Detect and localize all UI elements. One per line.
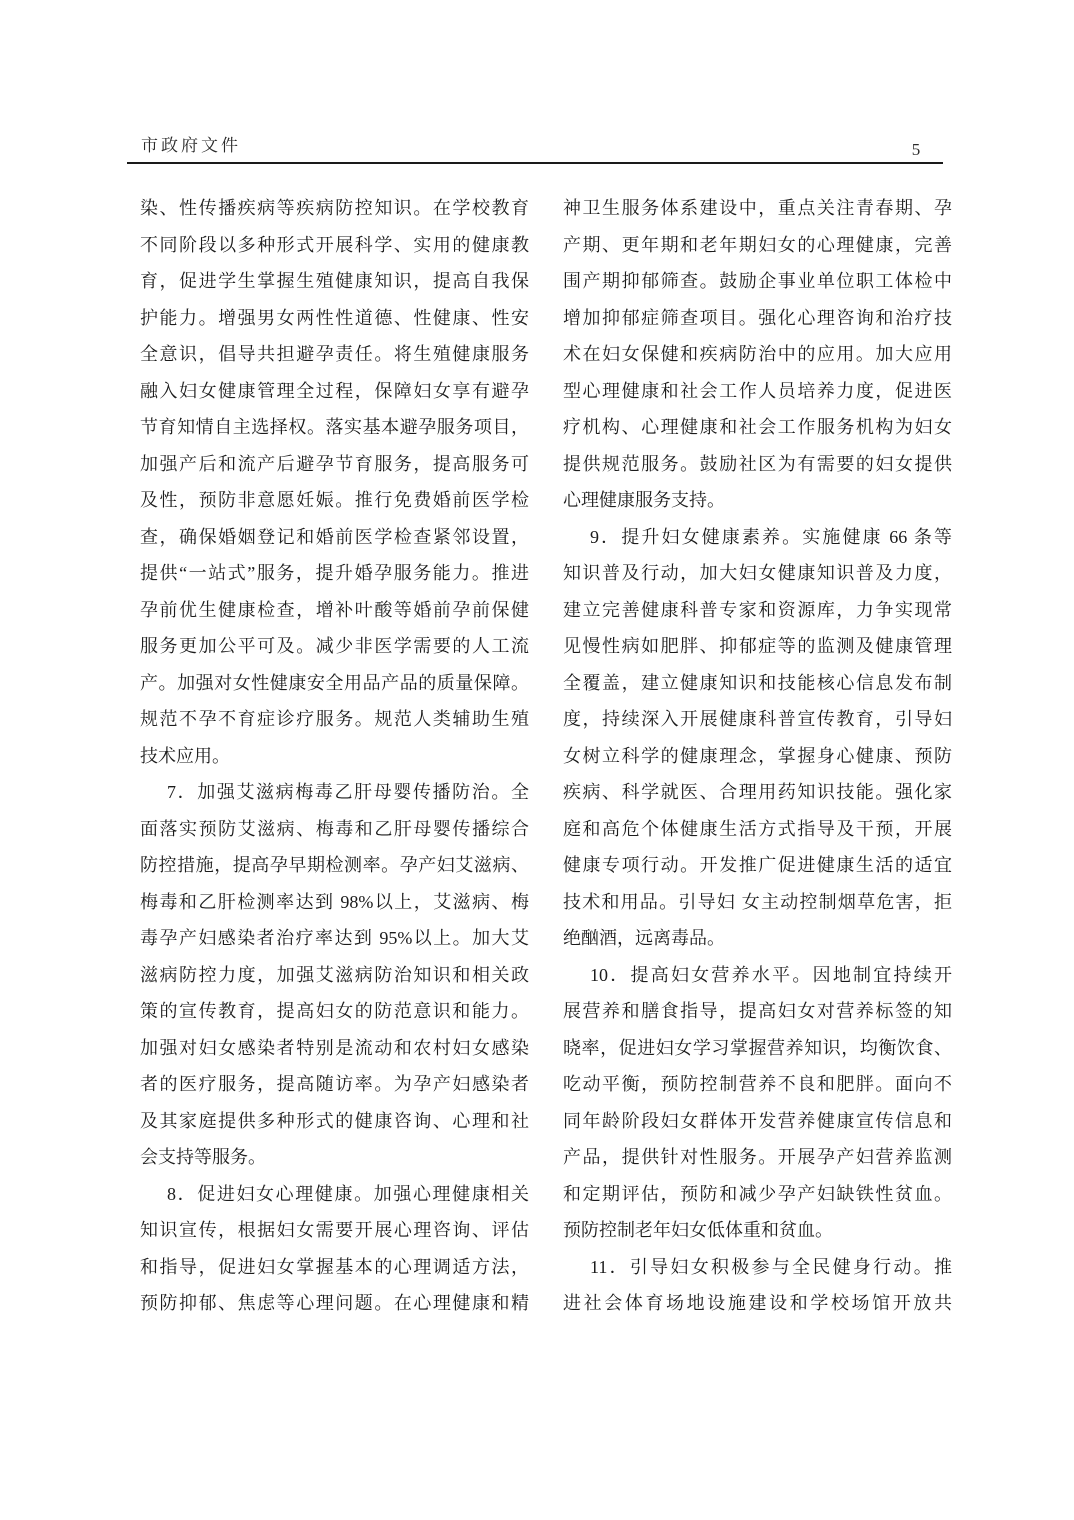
text-line: 展营养和膳食指导，提高妇女对营养标签的知: [563, 993, 952, 1030]
text-line: 女树立科学的健康理念，掌握身心健康、预防: [563, 738, 952, 775]
text-line: 产品，提供针对性服务。开展孕产妇营养监测: [563, 1139, 952, 1176]
text-line: 产期、更年期和老年期妇女的心理健康，完善: [563, 227, 952, 264]
text-line: 术在妇女保健和疾病防治中的应用。加大应用: [563, 336, 952, 373]
text-line: 庭和高危个体健康生活方式指导及干预，开展: [563, 811, 952, 848]
document-body: 染、性传播疾病等疾病防控知识。在学校教育不同阶段以多种形式开展科学、实用的健康教…: [140, 190, 952, 1322]
text-line: 知识宣传，根据妇女需要开展心理咨询、评估: [140, 1212, 529, 1249]
text-column-left: 染、性传播疾病等疾病防控知识。在学校教育不同阶段以多种形式开展科学、实用的健康教…: [140, 190, 529, 1322]
text-line: 滋病防控力度，加强艾滋病防治知识和相关政: [140, 957, 529, 994]
text-line: 加强对妇女感染者特别是流动和农村妇女感染: [140, 1030, 529, 1067]
text-line: 育，促进学生掌握生殖健康知识，提高自我保: [140, 263, 529, 300]
text-line: 产。加强对女性健康安全用品产品的质量保障。: [140, 665, 529, 702]
page-number: 5: [903, 140, 929, 160]
text-line: 知识普及行动，加大妇女健康知识普及力度，: [563, 555, 952, 592]
text-line: 11．引导妇女积极参与全民健身行动。推: [563, 1249, 952, 1286]
text-line: 面落实预防艾滋病、梅毒和乙肝母婴传播综合: [140, 811, 529, 848]
text-line: 不同阶段以多种形式开展科学、实用的健康教: [140, 227, 529, 264]
document-page: 市政府文件 5 染、性传播疾病等疾病防控知识。在学校教育不同阶段以多种形式开展科…: [0, 0, 1074, 1520]
text-line: 绝酗酒，远离毒品。: [563, 920, 952, 957]
text-line: 围产期抑郁筛查。鼓励企事业单位职工体检中: [563, 263, 952, 300]
text-line: 提供“一站式”服务，提升婚孕服务能力。推进: [140, 555, 529, 592]
text-line: 晓率，促进妇女学习掌握营养知识，均衡饮食、: [563, 1030, 952, 1067]
text-line: 预防抑郁、焦虑等心理问题。在心理健康和精: [140, 1285, 529, 1322]
text-line: 防控措施，提高孕早期检测率。孕产妇艾滋病、: [140, 847, 529, 884]
text-column-right: 神卫生服务体系建设中，重点关注青春期、孕产期、更年期和老年期妇女的心理健康，完善…: [563, 190, 952, 1322]
text-line: 心理健康服务支持。: [563, 482, 952, 519]
text-line: 疾病、科学就医、合理用药知识技能。强化家: [563, 774, 952, 811]
text-line: 护能力。增强男女两性性道德、性健康、性安: [140, 300, 529, 337]
text-line: 吃动平衡，预防控制营养不良和肥胖。面向不: [563, 1066, 952, 1103]
text-line: 全覆盖，建立健康知识和技能核心信息发布制: [563, 665, 952, 702]
text-line: 同年龄阶段妇女群体开发营养健康宣传信息和: [563, 1103, 952, 1140]
text-line: 全意识，倡导共担避孕责任。将生殖健康服务: [140, 336, 529, 373]
text-line: 型心理健康和社会工作人员培养力度，促进医: [563, 373, 952, 410]
text-line: 健康专项行动。开发推广促进健康生活的适宜: [563, 847, 952, 884]
text-line: 梅毒和乙肝检测率达到 98%以上，艾滋病、梅: [140, 884, 529, 921]
text-line: 10．提高妇女营养水平。因地制宜持续开: [563, 957, 952, 994]
text-line: 查，确保婚姻登记和婚前医学检查紧邻设置，: [140, 519, 529, 556]
text-line: 规范不孕不育症诊疗服务。规范人类辅助生殖: [140, 701, 529, 738]
text-line: 见慢性病如肥胖、抑郁症等的监测及健康管理: [563, 628, 952, 665]
text-line: 毒孕产妇感染者治疗率达到 95%以上。加大艾: [140, 920, 529, 957]
text-line: 技术和用品。引导妇 女主动控制烟草危害，拒: [563, 884, 952, 921]
text-line: 融入妇女健康管理全过程，保障妇女享有避孕: [140, 373, 529, 410]
text-line: 7．加强艾滋病梅毒乙肝母婴传播防治。全: [140, 774, 529, 811]
text-line: 孕前优生健康检查，增补叶酸等婚前孕前保健: [140, 592, 529, 629]
text-line: 及其家庭提供多种形式的健康咨询、心理和社: [140, 1103, 529, 1140]
text-line: 会支持等服务。: [140, 1139, 529, 1176]
text-line: 8．促进妇女心理健康。加强心理健康相关: [140, 1176, 529, 1213]
text-line: 和指导，促进妇女掌握基本的心理调适方法，: [140, 1249, 529, 1286]
text-line: 染、性传播疾病等疾病防控知识。在学校教育: [140, 190, 529, 227]
text-line: 加强产后和流产后避孕节育服务，提高服务可: [140, 446, 529, 483]
text-line: 建立完善健康科普专家和资源库，力争实现常: [563, 592, 952, 629]
text-line: 疗机构、心理健康和社会工作服务机构为妇女: [563, 409, 952, 446]
text-line: 及性，预防非意愿妊娠。推行免费婚前医学检: [140, 482, 529, 519]
text-line: 神卫生服务体系建设中，重点关注青春期、孕: [563, 190, 952, 227]
text-line: 度，持续深入开展健康科普宣传教育，引导妇: [563, 701, 952, 738]
text-line: 服务更加公平可及。减少非医学需要的人工流: [140, 628, 529, 665]
header-doc-type-label: 市政府文件: [141, 131, 241, 156]
text-line: 和定期评估，预防和减少孕产妇缺铁性贫血。: [563, 1176, 952, 1213]
text-line: 增加抑郁症筛查项目。强化心理咨询和治疗技: [563, 300, 952, 337]
header-rule: [127, 162, 943, 164]
text-line: 提供规范服务。鼓励社区为有需要的妇女提供: [563, 446, 952, 483]
text-line: 技术应用。: [140, 738, 529, 775]
text-line: 进社会体育场地设施建设和学校场馆开放共: [563, 1285, 952, 1322]
text-line: 策的宣传教育，提高妇女的防范意识和能力。: [140, 993, 529, 1030]
text-line: 预防控制老年妇女低体重和贫血。: [563, 1212, 952, 1249]
text-line: 节育知情自主选择权。落实基本避孕服务项目，: [140, 409, 529, 446]
text-line: 9．提升妇女健康素养。实施健康 66 条等: [563, 519, 952, 556]
text-line: 者的医疗服务，提高随访率。为孕产妇感染者: [140, 1066, 529, 1103]
